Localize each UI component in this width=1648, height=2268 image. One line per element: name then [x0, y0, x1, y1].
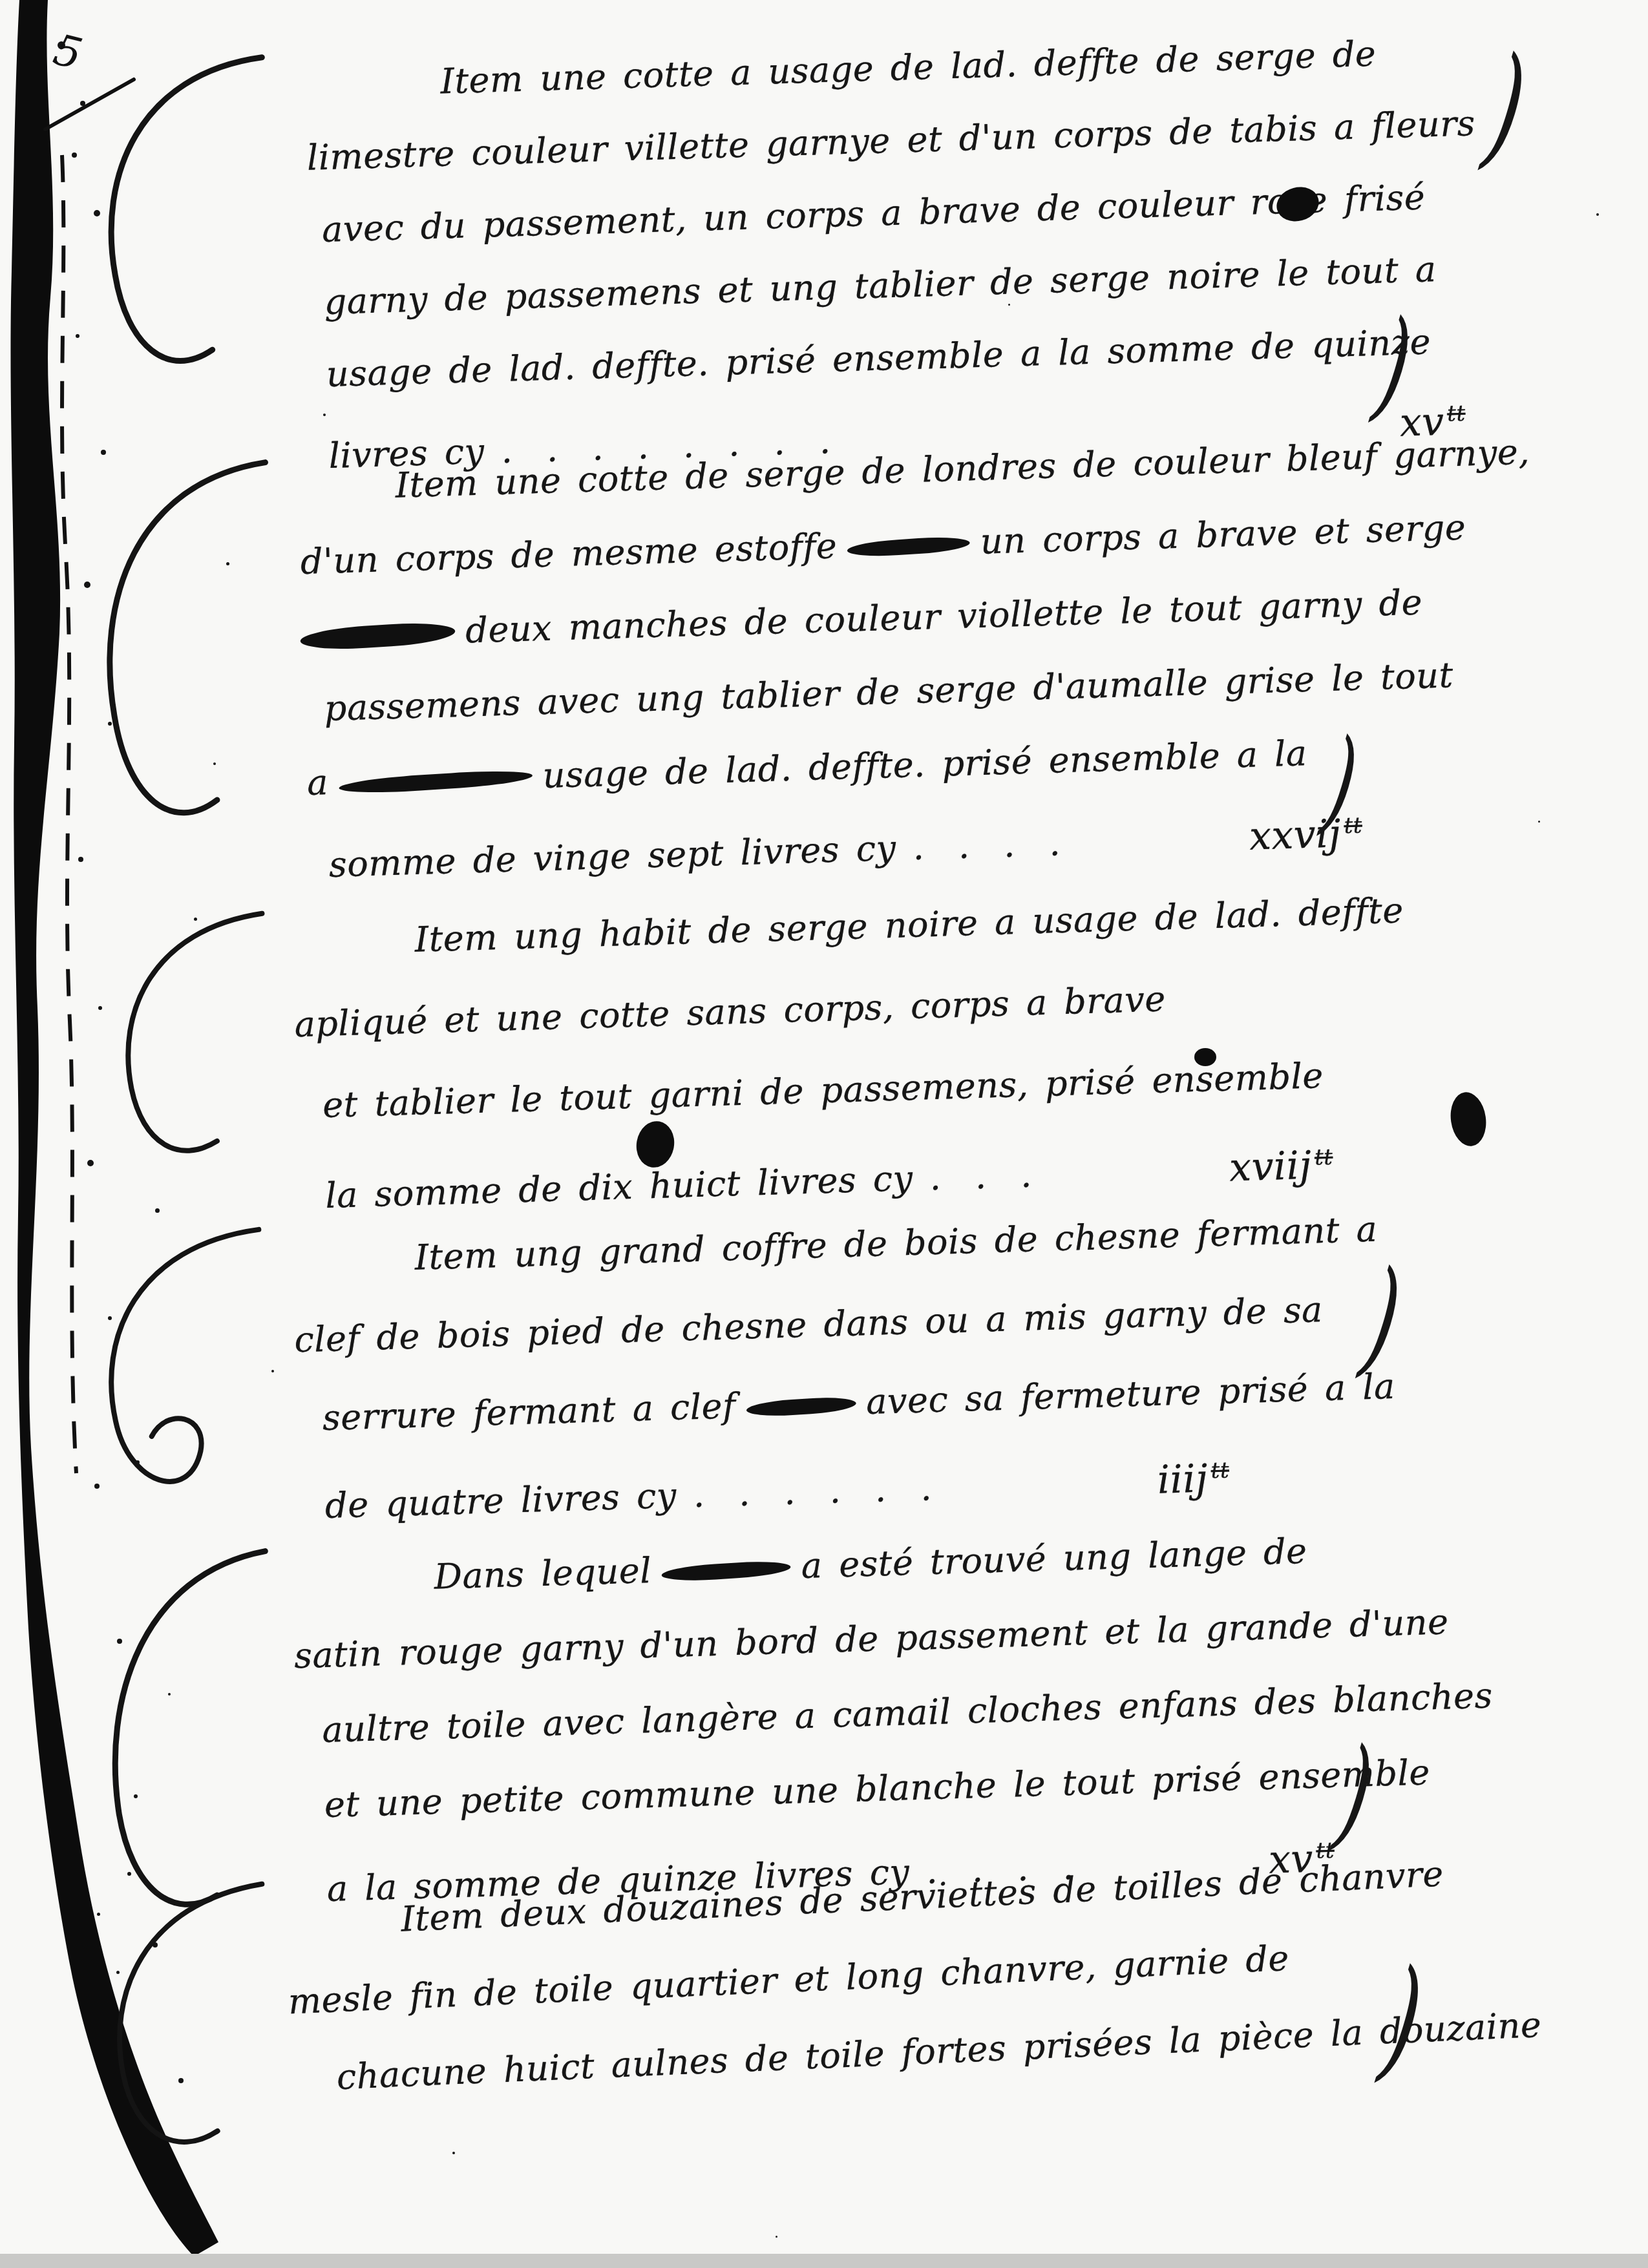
crossed-out-word [746, 1396, 856, 1418]
text-line: un corps a brave et serge [980, 507, 1466, 562]
text-line: et une petite commune une blanche le tou… [324, 1752, 1431, 1825]
text-line: serrure fermant a clef [322, 1385, 736, 1438]
paper-speck [97, 1913, 100, 1916]
text-line: Item ung grand coffre de bois de chesne … [414, 1209, 1378, 1278]
livres-unit: tt [1210, 1458, 1230, 1484]
text-line: usage de lad. deffte. prisé ensemble a l… [542, 733, 1308, 796]
dotted-leader: . . . . . . [692, 1449, 942, 1535]
text-line: a esté trouvé ung lange de [801, 1531, 1308, 1586]
text-line: Dans lequel [434, 1550, 652, 1597]
livres-unit: tt [1314, 1144, 1333, 1171]
paper-speck [136, 1460, 140, 1464]
text-line: de quatre livres cy [324, 1456, 677, 1546]
paper-speck [116, 1971, 120, 1974]
paper-speck [1538, 821, 1540, 823]
paper-speck [1596, 213, 1599, 216]
text-line: Item une cotte a usage de lad. deffte de… [440, 34, 1377, 102]
paper-speck [155, 1208, 160, 1213]
text-line: et tablier le tout garni de passemens, p… [322, 1055, 1324, 1126]
paper-speck [226, 562, 229, 565]
text-line: d'un corps de mesme estoffe [300, 525, 838, 582]
text-line: apliqué et une cotte sans corps, corps a… [294, 978, 1167, 1045]
paper-speck [452, 2152, 455, 2154]
scan-edge-shadow [0, 2254, 1648, 2268]
paper-speck [1008, 304, 1010, 306]
paper-speck [213, 762, 216, 765]
paper-speck [776, 2236, 777, 2238]
crossed-out-word [338, 768, 533, 795]
price-amount: iiijtt [1156, 1431, 1231, 1520]
paper-speck [194, 918, 197, 921]
paper-speck [271, 1370, 274, 1372]
text-line: Item ung habit de serge noire a usage de… [414, 890, 1404, 960]
manuscript-page: 5 Item une cotte a usage de lad. deffte … [0, 0, 1648, 2268]
text-line: a [306, 762, 329, 803]
dotted-leader: . . . . [912, 806, 1070, 885]
paper-speck [323, 414, 326, 416]
binding-edge-artifact [0, 0, 233, 2268]
crossed-out-word [661, 1559, 791, 1583]
stray-pen-stroke [0, 0, 194, 168]
inventory-entry-3: Item ung habit de serge noire a usage de… [278, 865, 1579, 1238]
inventory-entry-2: Item une cotte de serge de londres de co… [278, 414, 1583, 903]
text-line: avec sa fermeture prisé a la [865, 1366, 1395, 1422]
text-line: deux manches de couleur viollette le tou… [465, 582, 1422, 651]
crossed-out-word [847, 535, 971, 558]
text-line: clef de bois pied de chesne dans ou a mi… [293, 1289, 1323, 1360]
ink-blot [1194, 1048, 1216, 1066]
crossed-out-word [300, 620, 456, 652]
paper-speck [168, 1693, 171, 1696]
